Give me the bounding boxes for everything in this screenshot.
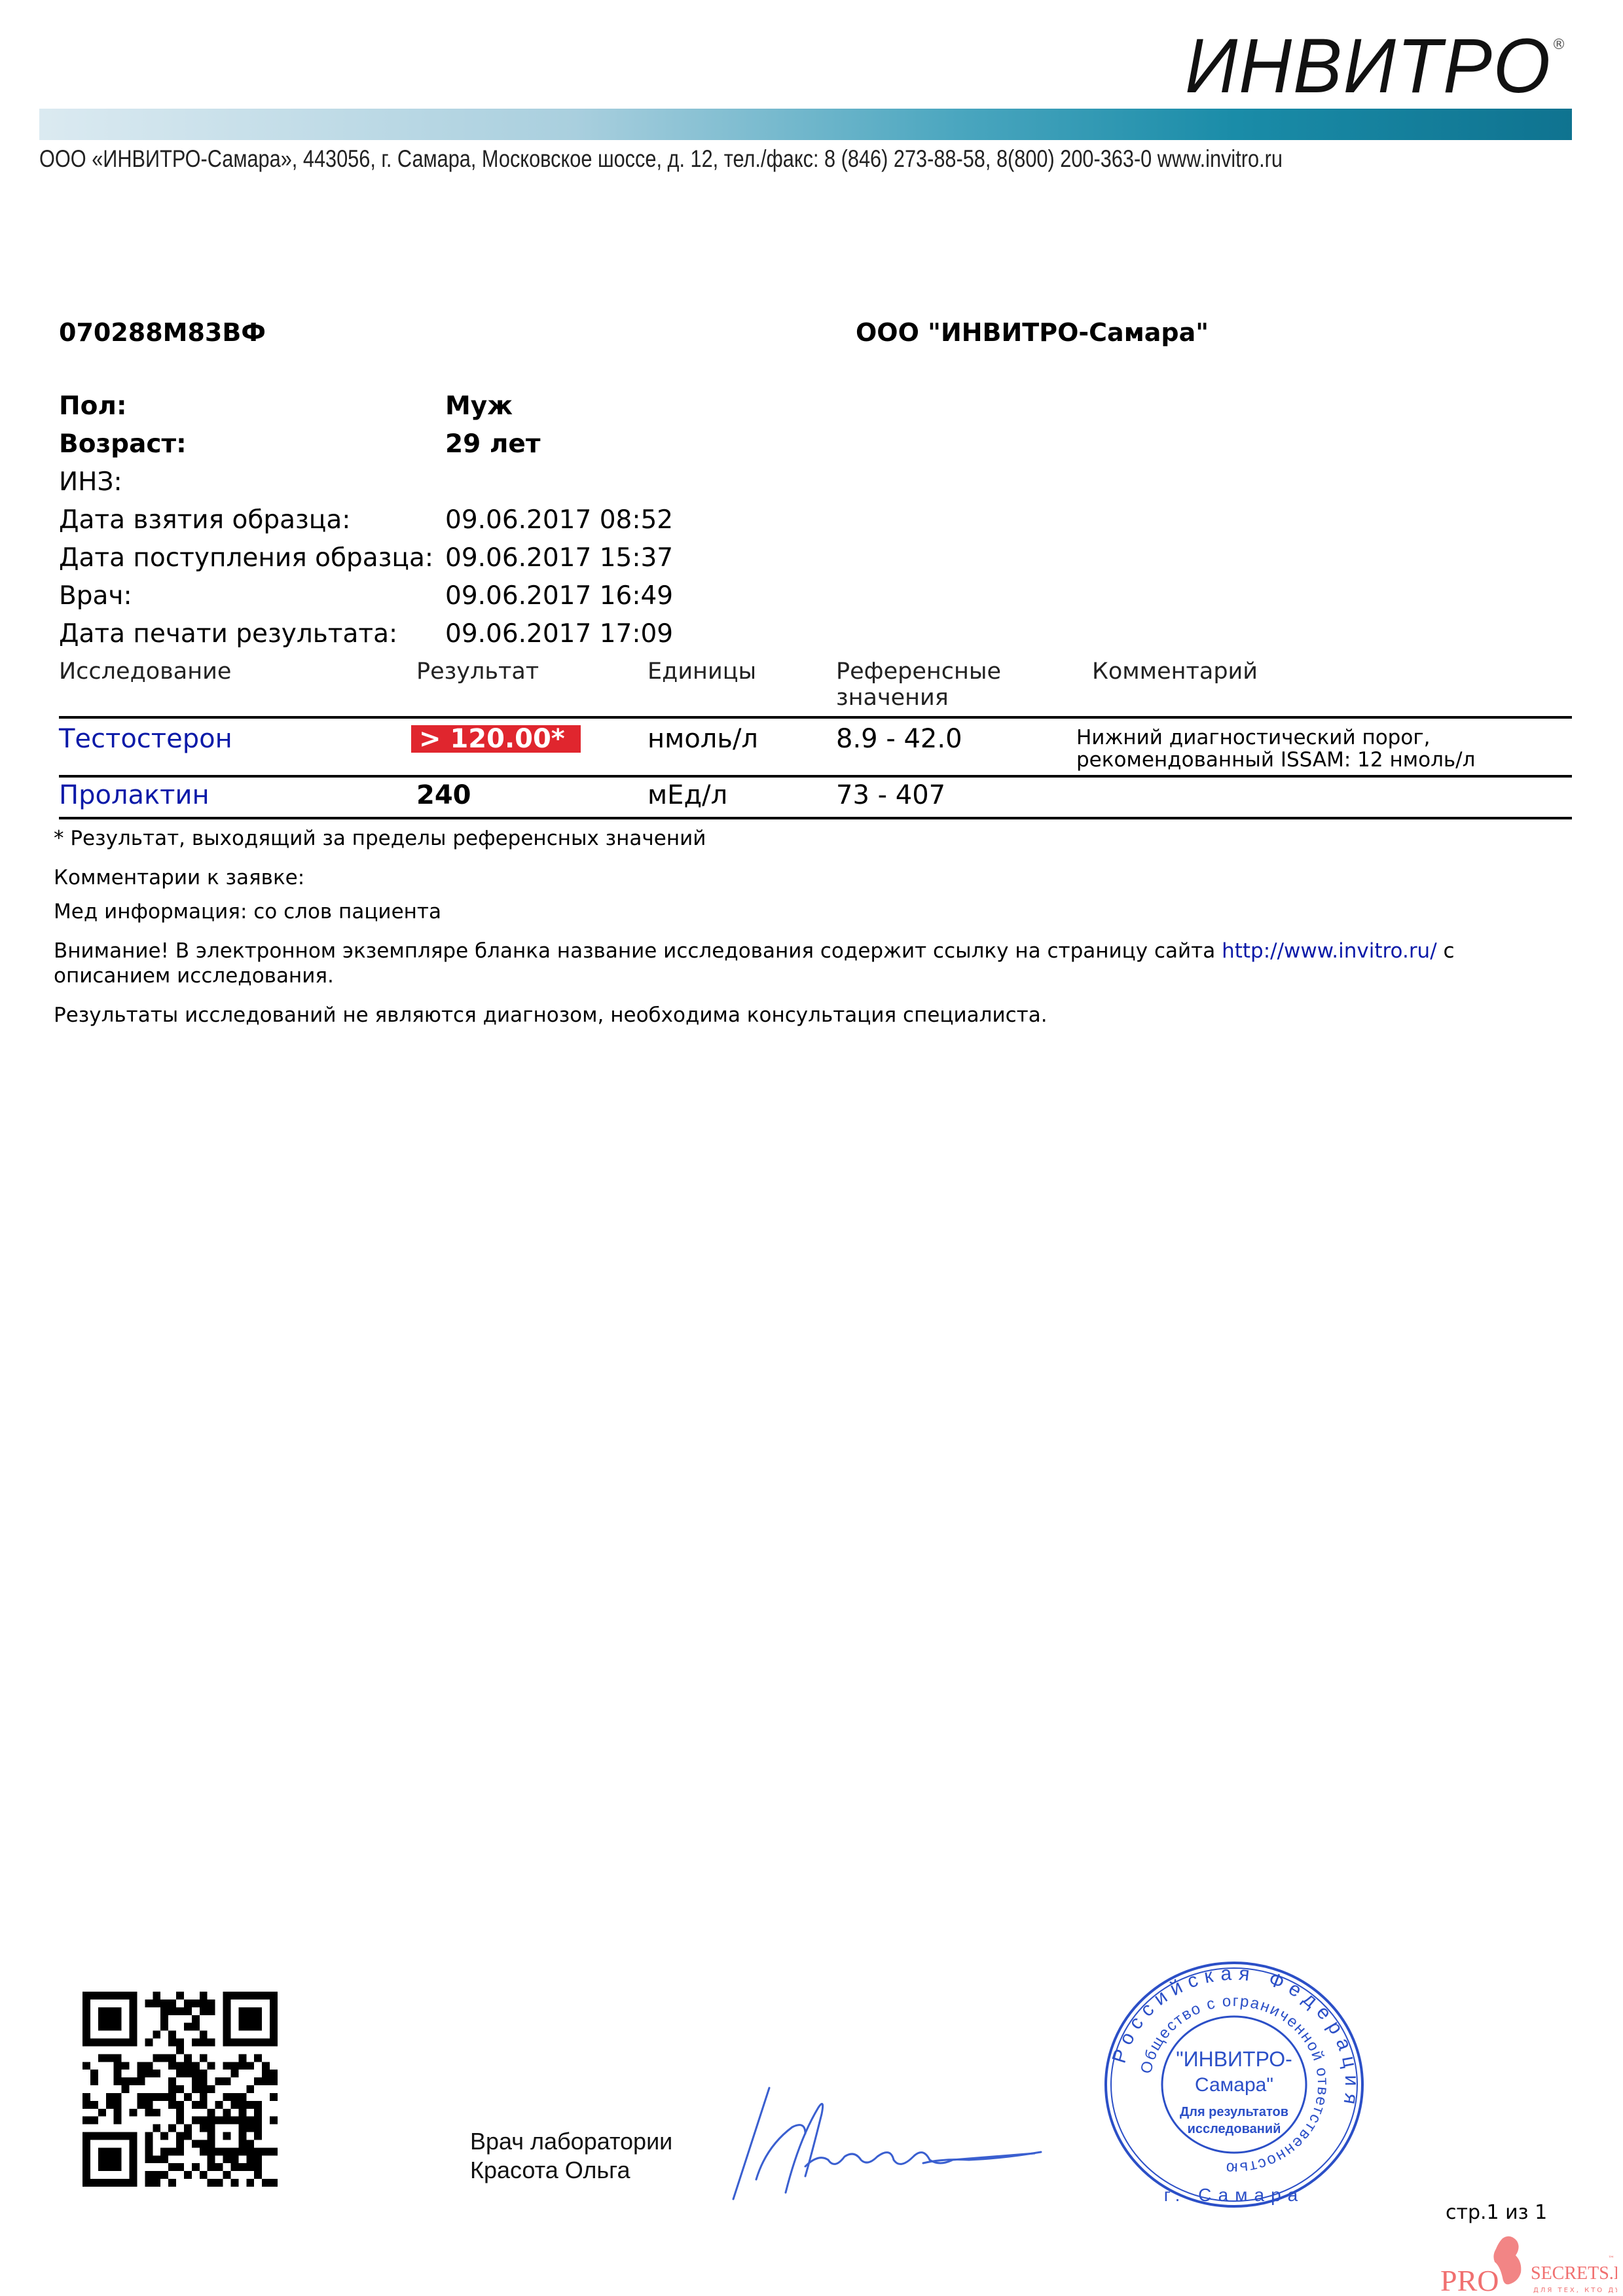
info-value: 29 лет — [445, 429, 540, 459]
attention-text: Внимание! В электронном экземпляре бланк… — [54, 939, 1222, 963]
qr-code — [76, 1992, 284, 2187]
units: мЕд/л — [647, 780, 727, 810]
test-link-prolactin[interactable]: Пролактин — [59, 780, 210, 810]
svg-text:ДЛЯ ТЕХ, КТО ДУМАЕТ: ДЛЯ ТЕХ, КТО ДУМАЕТ — [1533, 2287, 1617, 2294]
header-reference-line2: значения — [836, 685, 1001, 711]
result-value: 240 — [416, 780, 471, 810]
signature — [694, 2062, 1067, 2206]
lab-name: ООО "ИНВИТРО-Самара" — [856, 318, 1209, 347]
test-link-testosterone[interactable]: Тестостерон — [59, 724, 232, 754]
info-value: 09.06.2017 08:52 — [445, 505, 673, 535]
header-reference-line1: Референсные — [836, 658, 1001, 685]
svg-text:™: ™ — [1608, 2255, 1614, 2263]
info-value: 09.06.2017 16:49 — [445, 581, 673, 611]
svg-text:Для результатов: Для результатов — [1180, 2105, 1288, 2119]
header-reference: Референсные значения — [836, 658, 1001, 711]
info-label: Дата взятия образца: — [59, 505, 350, 535]
order-comments: Комментарии к заявке: — [54, 865, 1573, 890]
invitro-link[interactable]: http://www.invitro.ru/ — [1222, 939, 1437, 963]
table-divider — [59, 817, 1572, 819]
signer-title: Врач лаборатории — [470, 2127, 672, 2156]
info-value: 09.06.2017 15:37 — [445, 543, 673, 573]
svg-text:г. Самара: г. Самара — [1164, 2185, 1304, 2205]
svg-text:"ИНВИТРО-: "ИНВИТРО- — [1176, 2047, 1292, 2071]
page-number: стр.1 из 1 — [1446, 2201, 1547, 2224]
attention-note: Внимание! В электронном экземпляре бланк… — [54, 939, 1573, 988]
svg-text:Самара": Самара" — [1195, 2074, 1273, 2096]
signer-name: Красота Ольга — [470, 2156, 672, 2185]
company-stamp: Российская Федерация Общество с ограниче… — [1087, 1954, 1381, 2215]
signer-block: Врач лаборатории Красота Ольга — [470, 2127, 672, 2185]
result-flagged: > 120.00* — [411, 724, 581, 754]
report-notes: * Результат, выходящий за пределы рефере… — [54, 826, 1573, 1028]
units: нмоль/л — [647, 724, 758, 754]
footnote: * Результат, выходящий за пределы рефере… — [54, 826, 1573, 851]
out-of-range-badge: > 120.00* — [411, 725, 581, 753]
table-divider — [59, 716, 1572, 719]
prosecrets-watermark: PRO SECRETS.PRO ДЛЯ ТЕХ, КТО ДУМАЕТ ™ — [1440, 2232, 1617, 2296]
company-address: ООО «ИНВИТРО-Самара», 443056, г. Самара,… — [39, 145, 1283, 173]
svg-text:исследований: исследований — [1188, 2122, 1281, 2136]
disclaimer: Результаты исследований не являются диаг… — [54, 1003, 1573, 1028]
info-label: Пол: — [59, 391, 127, 421]
info-label: Дата печати результата: — [59, 619, 397, 649]
result-comment: Нижний диагностический порог, рекомендов… — [1076, 726, 1535, 771]
header-comment: Комментарий — [1092, 658, 1258, 685]
table-divider — [59, 775, 1572, 778]
invitro-logo: ИНВИТРО — [1185, 27, 1552, 105]
info-label: ИНЗ: — [59, 467, 122, 497]
header-result: Результат — [416, 658, 539, 685]
header-units: Единицы — [647, 658, 756, 685]
svg-text:SECRETS.PRO: SECRETS.PRO — [1531, 2263, 1617, 2284]
reference-range: 8.9 - 42.0 — [836, 724, 962, 754]
header-test: Исследование — [59, 658, 231, 685]
info-value: 09.06.2017 17:09 — [445, 619, 673, 649]
med-info: Мед информация: со слов пациента — [54, 899, 1573, 924]
registered-mark: ® — [1552, 37, 1566, 53]
brand-gradient-bar — [39, 109, 1572, 140]
svg-text:PRO: PRO — [1440, 2264, 1499, 2296]
info-label: Дата поступления образца: — [59, 543, 433, 573]
order-id: 070288М83ВФ — [59, 318, 266, 347]
info-value: Муж — [445, 391, 513, 421]
reference-range: 73 - 407 — [836, 780, 945, 810]
info-label: Врач: — [59, 581, 132, 611]
info-label: Возраст: — [59, 429, 187, 459]
